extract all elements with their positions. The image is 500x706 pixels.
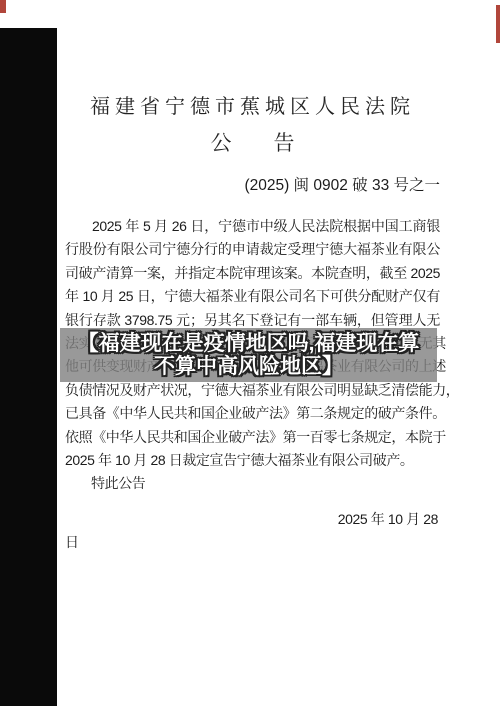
body-line: 已具备《中华人民共和国企业破产法》第二条规定的破产条件。 xyxy=(65,402,440,425)
body-line: 2025 年 5 月 26 日，宁德市中级人民法院根据中国工商银 xyxy=(65,215,440,238)
red-edge-mark-top-right xyxy=(496,5,500,43)
signature-date-line: 2025 年 10 月 28 xyxy=(65,508,440,531)
signature-date-wrap-char: 日 xyxy=(65,531,440,554)
caption-line-1: 【福建现在是疫情地区吗,福建现在算 xyxy=(78,332,420,356)
red-edge-mark-top-left xyxy=(0,0,6,13)
announcement-heading-char-right: 告 xyxy=(274,132,295,155)
seo-caption-overlay: 【福建现在是疫情地区吗,福建现在算 不算中高风险地区】 xyxy=(60,328,437,382)
left-black-letterbox-bar xyxy=(0,28,57,706)
body-line: 行股份有限公司宁德分行的申请裁定受理宁德大福茶业有限公 xyxy=(65,238,440,261)
announcement-screenshot: 福建省宁德市蕉城区人民法院 公 告 (2025) 闽 0902 破 33 号之一… xyxy=(0,0,500,706)
announcement-heading: 公 告 xyxy=(65,132,440,155)
body-line: 司破产清算一案，并指定本院审理该案。本院查明，截至 2025 xyxy=(65,262,440,285)
body-line: 负债情况及财产状况，宁德大福茶业有限公司明显缺乏清偿能力， xyxy=(65,379,440,402)
case-number: (2025) 闽 0902 破 33 号之一 xyxy=(65,176,440,196)
announcement-body: 2025 年 5 月 26 日，宁德市中级人民法院根据中国工商银 行股份有限公司… xyxy=(65,215,440,555)
announcement-heading-char-left: 公 xyxy=(211,132,232,155)
closing-phrase: 特此公告 xyxy=(65,472,440,495)
court-announcement-document: 福建省宁德市蕉城区人民法院 公 告 (2025) 闽 0902 破 33 号之一… xyxy=(65,0,440,555)
caption-line-2: 不算中高风险地区】 xyxy=(154,355,343,379)
body-line: 年 10 月 25 日，宁德大福茶业有限公司名下可供分配财产仅有 xyxy=(65,285,440,308)
body-line: 2025 年 10 月 28 日裁定宣告宁德大福茶业有限公司破产。 xyxy=(65,449,440,472)
court-name-title: 福建省宁德市蕉城区人民法院 xyxy=(65,96,440,118)
body-line: 依照《中华人民共和国企业破产法》第一百零七条规定，本院于 xyxy=(65,426,440,449)
